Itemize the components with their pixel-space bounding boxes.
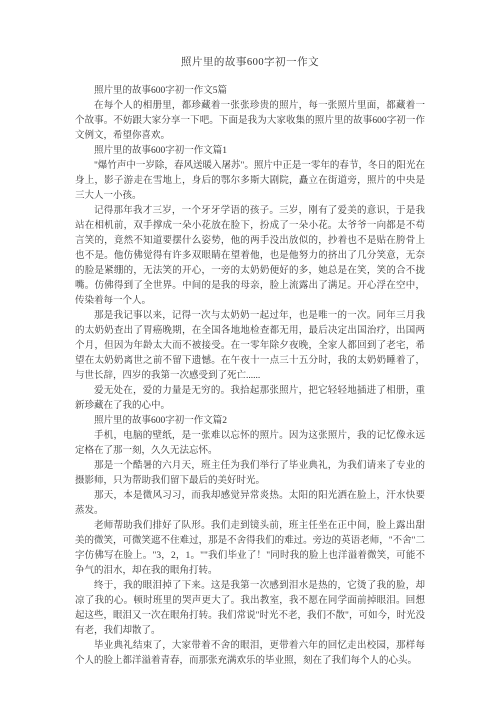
body-paragraph: 记得那年我才三岁，一个牙牙学语的孩子。三岁，刚有了爱美的意识，于是我站在相机前，… bbox=[75, 204, 425, 309]
body-paragraph: 爱无处在，爱的力量是无穷的。我拾起那张照片，把它轻轻地插进了相册，重新珍藏在了我… bbox=[75, 384, 425, 414]
section-heading: 照片里的故事600字初一作文5篇 bbox=[75, 84, 425, 99]
document-title: 照片里的故事600字初一作文 bbox=[0, 56, 500, 70]
body-paragraph: 老师帮助我们排好了队形。我们走到镜头前，班主任坐在正中间，脸上露出甜美的微笑，可… bbox=[75, 519, 425, 579]
document-page: 照片里的故事600字初一作文 照片里的故事600字初一作文5篇在每个人的相册里，… bbox=[0, 0, 500, 707]
body-paragraph: 终于，我的眼泪掉了下来。这是我第一次感到泪水是热的，它烫了我的脸，却凉了我的心。… bbox=[75, 579, 425, 639]
body-paragraph: 手机，电脑的壁纸，是一张难以忘怀的照片。因为这张照片，我的记忆像永远定格在了那一… bbox=[75, 429, 425, 459]
body-paragraph: 那天，本是微风习习，而我却感觉异常炎热。太阳的阳光洒在脸上，汗水快要蒸发。 bbox=[75, 489, 425, 519]
body-paragraph: 那是一个酷暑的六月天，班主任为我们举行了毕业典礼，为我们请来了专业的摄影师，只为… bbox=[75, 459, 425, 489]
body-paragraph: "爆竹声中一岁除，春风送暖入屠苏"。照片中正是一零年的春节，冬日的阳光在身上，影… bbox=[75, 159, 425, 204]
section-heading: 照片里的故事600字初一作文篇1 bbox=[75, 144, 425, 159]
section-heading: 照片里的故事600字初一作文篇2 bbox=[75, 414, 425, 429]
body-paragraph: 毕业典礼结束了，大家带着不舍的眼泪，更带着六年的回忆走出校园，那样每个人的脸上都… bbox=[75, 639, 425, 669]
body-paragraph: 那是我记事以来，记得一次与太奶奶一起过年，也是唯一的一次。同年三月我的太奶奶查出… bbox=[75, 309, 425, 384]
body-paragraph: 在每个人的相册里，都珍藏着一张张珍贵的照片，每一张照片里面，都藏着一个故事。不妨… bbox=[75, 99, 425, 144]
document-body: 照片里的故事600字初一作文5篇在每个人的相册里，都珍藏着一张张珍贵的照片，每一… bbox=[75, 84, 425, 669]
